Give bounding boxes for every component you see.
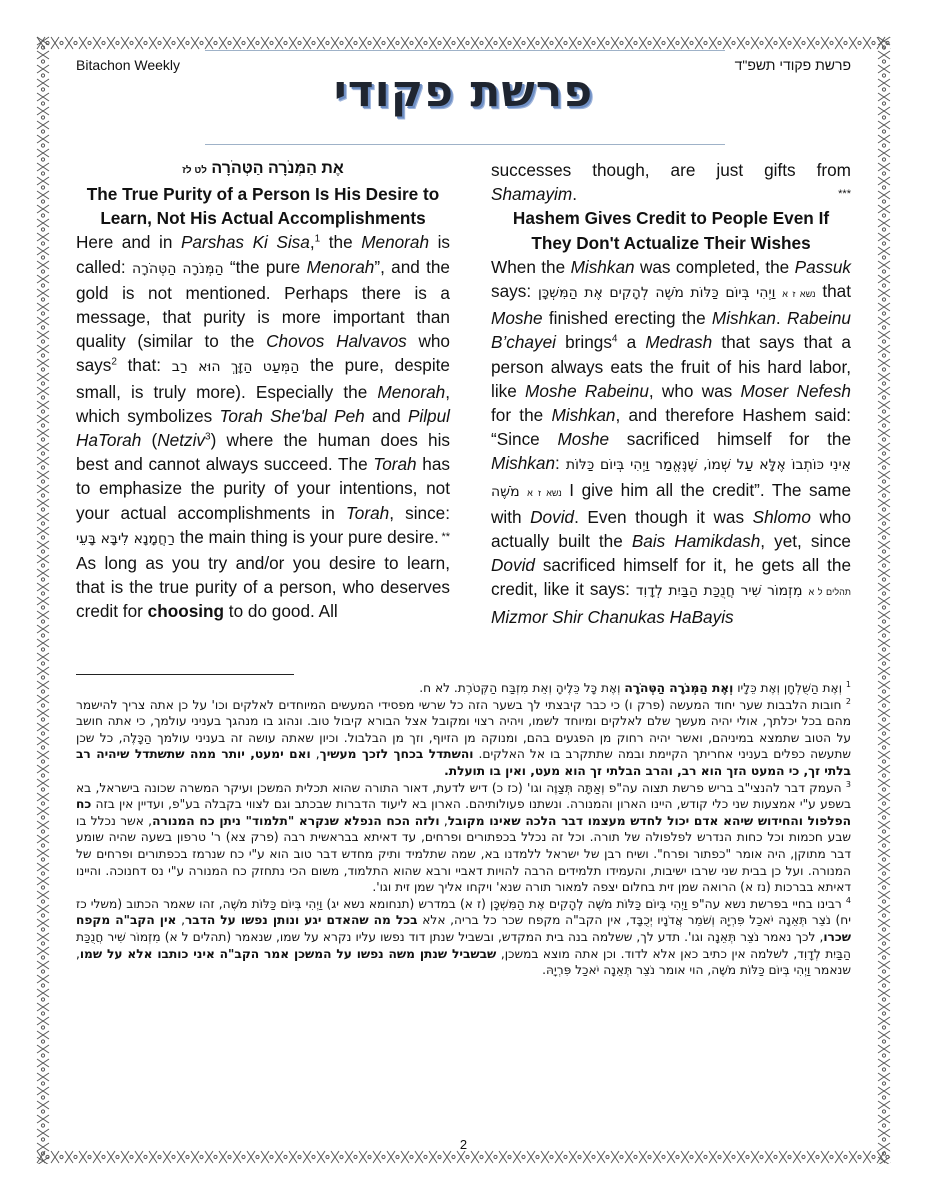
footnote-item: 4 רבינו בחיי בפרשת נשא עה"פ וַיְהִי בְּי… (76, 896, 851, 979)
article-paragraph: As long as you try and/or you desire to … (76, 551, 450, 624)
border-bottom (36, 1150, 891, 1164)
right-column: successes though, are just gifts from Sh… (491, 158, 851, 629)
border-top (36, 36, 891, 50)
footnote-item: 3 העמק דבר להנצי"ב בריש פרשת תצוה עה"פ ו… (76, 780, 851, 896)
section-separator: *** (838, 182, 851, 206)
left-column: אֶת הַמְּנֹרָה הַטְּהֹרָה לט לז The True… (76, 158, 450, 624)
page-number: 2 (0, 1137, 927, 1152)
border-right (877, 36, 891, 1164)
section-separator: ** (441, 525, 450, 549)
header-rule-top (205, 50, 725, 51)
border-left (36, 36, 50, 1164)
footnote-number: 2 (846, 697, 851, 706)
source-verse-ref: לט לז (182, 165, 207, 176)
article-paragraph: successes though, are just gifts from Sh… (491, 158, 851, 206)
footnote-number: 3 (846, 780, 851, 789)
footnote-item: 1 וְאֶת הַשֻּׁלְחָן וְאֶת כֵּלָיו וְאֶת … (76, 680, 851, 697)
title-rule-bottom (205, 144, 725, 145)
footnote-number: 1 (846, 680, 851, 689)
article-paragraph: When the Mishkan was completed, the Pass… (491, 255, 851, 629)
footnotes-section: 1 וְאֶת הַשֻּׁלְחָן וְאֶת כֵּלָיו וְאֶת … (76, 680, 851, 979)
footnote-item: 2 חובות הלבבות שער יחוד המעשה (פרק ו) כי… (76, 697, 851, 780)
source-verse-text: אֶת הַמְּנֹרָה הַטְּהֹרָה (211, 160, 343, 177)
footnote-number: 4 (846, 896, 851, 905)
article-heading: Hashem Gives Credit to People Even If Th… (491, 206, 851, 254)
article-heading: The True Purity of a Person Is His Desir… (76, 182, 450, 230)
article-paragraph: Here and in Parshas Ki Sisa,1 the Menora… (76, 230, 450, 551)
source-verse: אֶת הַמְּנֹרָה הַטְּהֹרָה לט לז (76, 158, 450, 182)
page-title: פרשת פקודי (0, 66, 927, 117)
footnote-separator (76, 674, 294, 675)
